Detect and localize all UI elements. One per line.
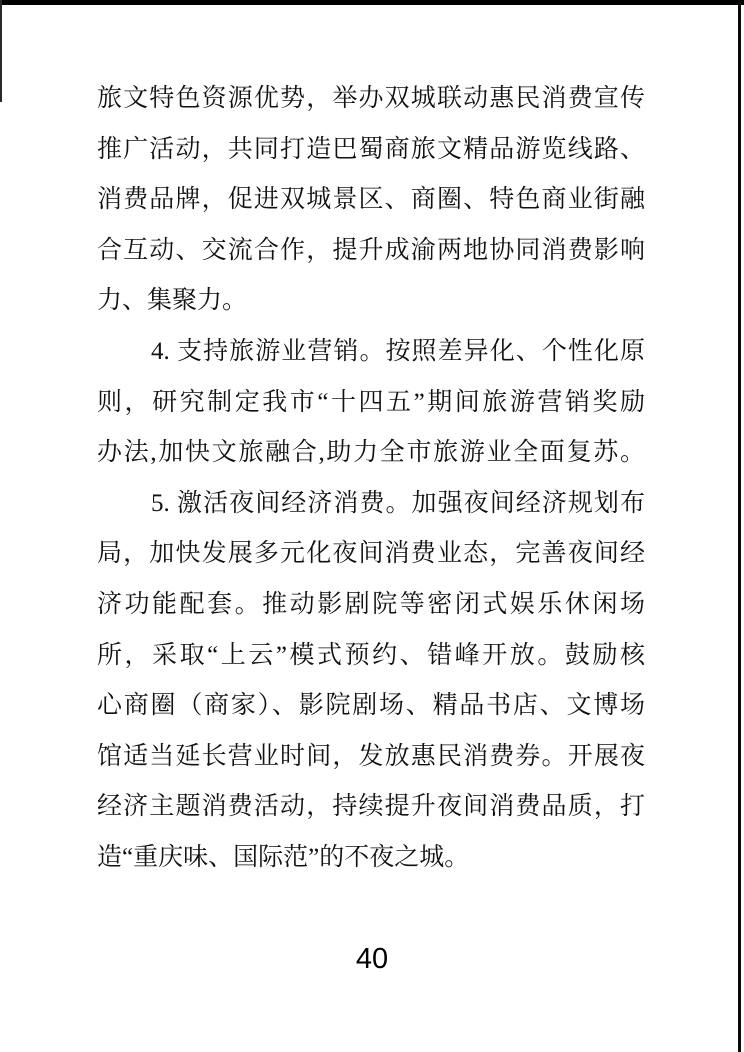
text-line: 5. 激活夜间经济消费。加强夜间经济规划布 [97, 479, 645, 530]
text-line: 消费品牌，促进双城景区、商圈、特色商业街融 [97, 175, 645, 226]
text-line: 力、集聚力。 [97, 276, 645, 327]
text-line: 济功能配套。推动影剧院等密闭式娱乐休闲场 [97, 580, 645, 631]
text-line: 馆适当延长营业时间，发放惠民消费券。开展夜 [97, 732, 645, 783]
page-number: 40 [0, 944, 744, 974]
text-line: 合互动、交流合作，提升成渝两地协同消费影响 [97, 226, 645, 277]
text-line: 经济主题消费活动，持续提升夜间消费品质，打 [97, 782, 645, 833]
document-page: 旅文特色资源优势，举办双城联动惠民消费宣传推广活动，共同打造巴蜀商旅文精品游览线… [0, 0, 744, 1052]
text-line: 心商圈（商家）、影院剧场、精品书店、文博场 [97, 681, 645, 732]
text-line: 所，采取“上云”模式预约、错峰开放。鼓励核 [97, 631, 645, 682]
text-line: 推广活动，共同打造巴蜀商旅文精品游览线路、 [97, 125, 645, 176]
text-line: 造“重庆味、国际范”的不夜之城。 [97, 833, 645, 884]
page-left-border-tick [0, 0, 2, 102]
text-line: 旅文特色资源优势，举办双城联动惠民消费宣传 [97, 74, 645, 125]
text-line: 局，加快发展多元化夜间消费业态，完善夜间经 [97, 529, 645, 580]
document-body: 旅文特色资源优势，举办双城联动惠民消费宣传推广活动，共同打造巴蜀商旅文精品游览线… [97, 74, 645, 884]
text-line: 则，研究制定我市“十四五”期间旅游营销奖励 [97, 378, 645, 429]
text-line: 4. 支持旅游业营销。按照差异化、个性化原 [97, 327, 645, 378]
text-line: 办法,加快文旅融合,助力全市旅游业全面复苏。 [97, 428, 645, 479]
page-right-border [738, 0, 741, 1052]
page-top-border [0, 0, 744, 5]
